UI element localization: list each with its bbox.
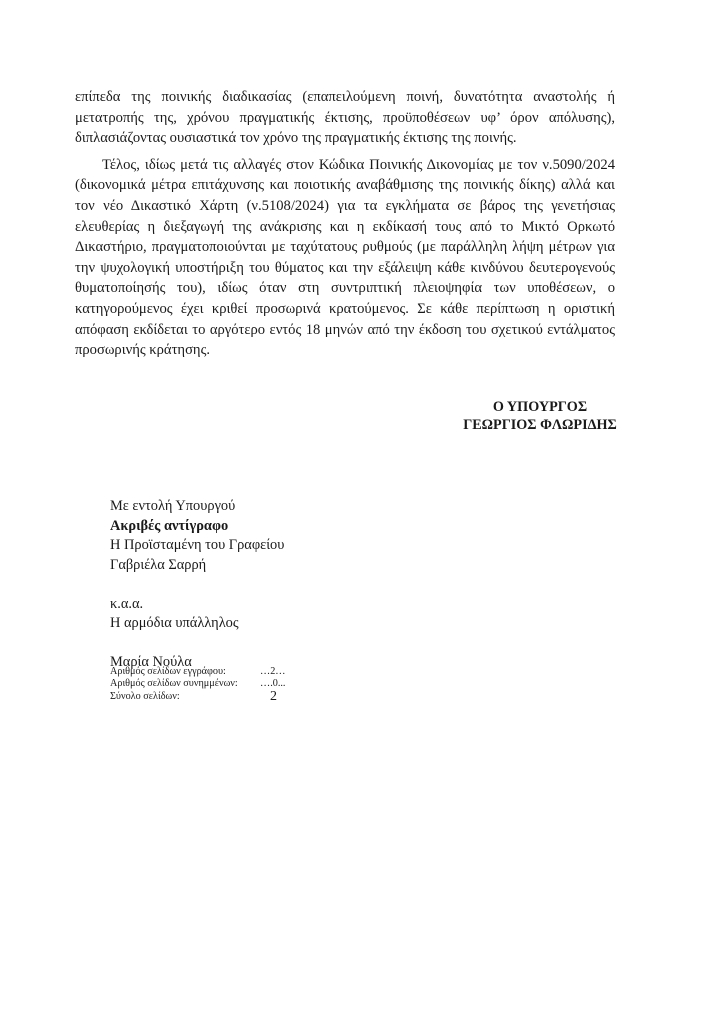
page-count-label: Αριθμός σελίδων εγγράφου: (110, 666, 260, 678)
signature-name: ΓΕΩΡΓΙΟΣ ΦΛΩΡΙΔΗΣ (440, 416, 640, 434)
page-count-row-total: Σύνολο σελίδων: 2 (110, 690, 310, 704)
page-count-table: Αριθμός σελίδων εγγράφου: …2… Αριθμός σε… (110, 666, 310, 704)
page-count-label: Αριθμός σελίδων συνημμένων: (110, 678, 260, 690)
minister-signature-block: Ο ΥΠΟΥΡΓΟΣ ΓΕΩΡΓΙΟΣ ΦΛΩΡΙΔΗΣ (440, 398, 640, 434)
page-count-value: ….0... (260, 678, 300, 690)
copy-authority-line: Με εντολή Υπουργού (110, 497, 284, 517)
copy-office-head-title: Η Προϊσταμένη του Γραφείου (110, 536, 284, 556)
page-count-value: 2 (260, 690, 310, 704)
page-count-label: Σύνολο σελίδων: (110, 690, 260, 704)
page-count-row: Αριθμός σελίδων εγγράφου: …2… (110, 666, 310, 678)
copy-certification-label: Ακριβές αντίγραφο (110, 517, 284, 537)
copy-office-head-name: Γαβριέλα Σαρρή (110, 556, 284, 576)
page-count-value: …2… (260, 666, 300, 678)
document-page: επίπεδα της ποινικής διαδικασίας (επαπει… (0, 0, 724, 1024)
document-body: επίπεδα της ποινικής διαδικασίας (επαπει… (75, 87, 615, 361)
spacer (110, 575, 284, 595)
spacer (110, 634, 284, 654)
paragraph-continuation: επίπεδα της ποινικής διαδικασίας (επαπει… (75, 87, 615, 149)
copy-kaa-label: κ.α.α. (110, 595, 284, 615)
signature-title: Ο ΥΠΟΥΡΓΟΣ (440, 398, 640, 416)
copy-officer-title: Η αρμόδια υπάλληλος (110, 614, 284, 634)
paragraph-conclusion: Τέλος, ιδίως μετά τις αλλαγές στον Κώδικ… (75, 155, 615, 361)
certified-copy-block: Με εντολή Υπουργού Ακριβές αντίγραφο Η Π… (110, 497, 284, 673)
page-count-row: Αριθμός σελίδων συνημμένων: ….0... (110, 678, 310, 690)
